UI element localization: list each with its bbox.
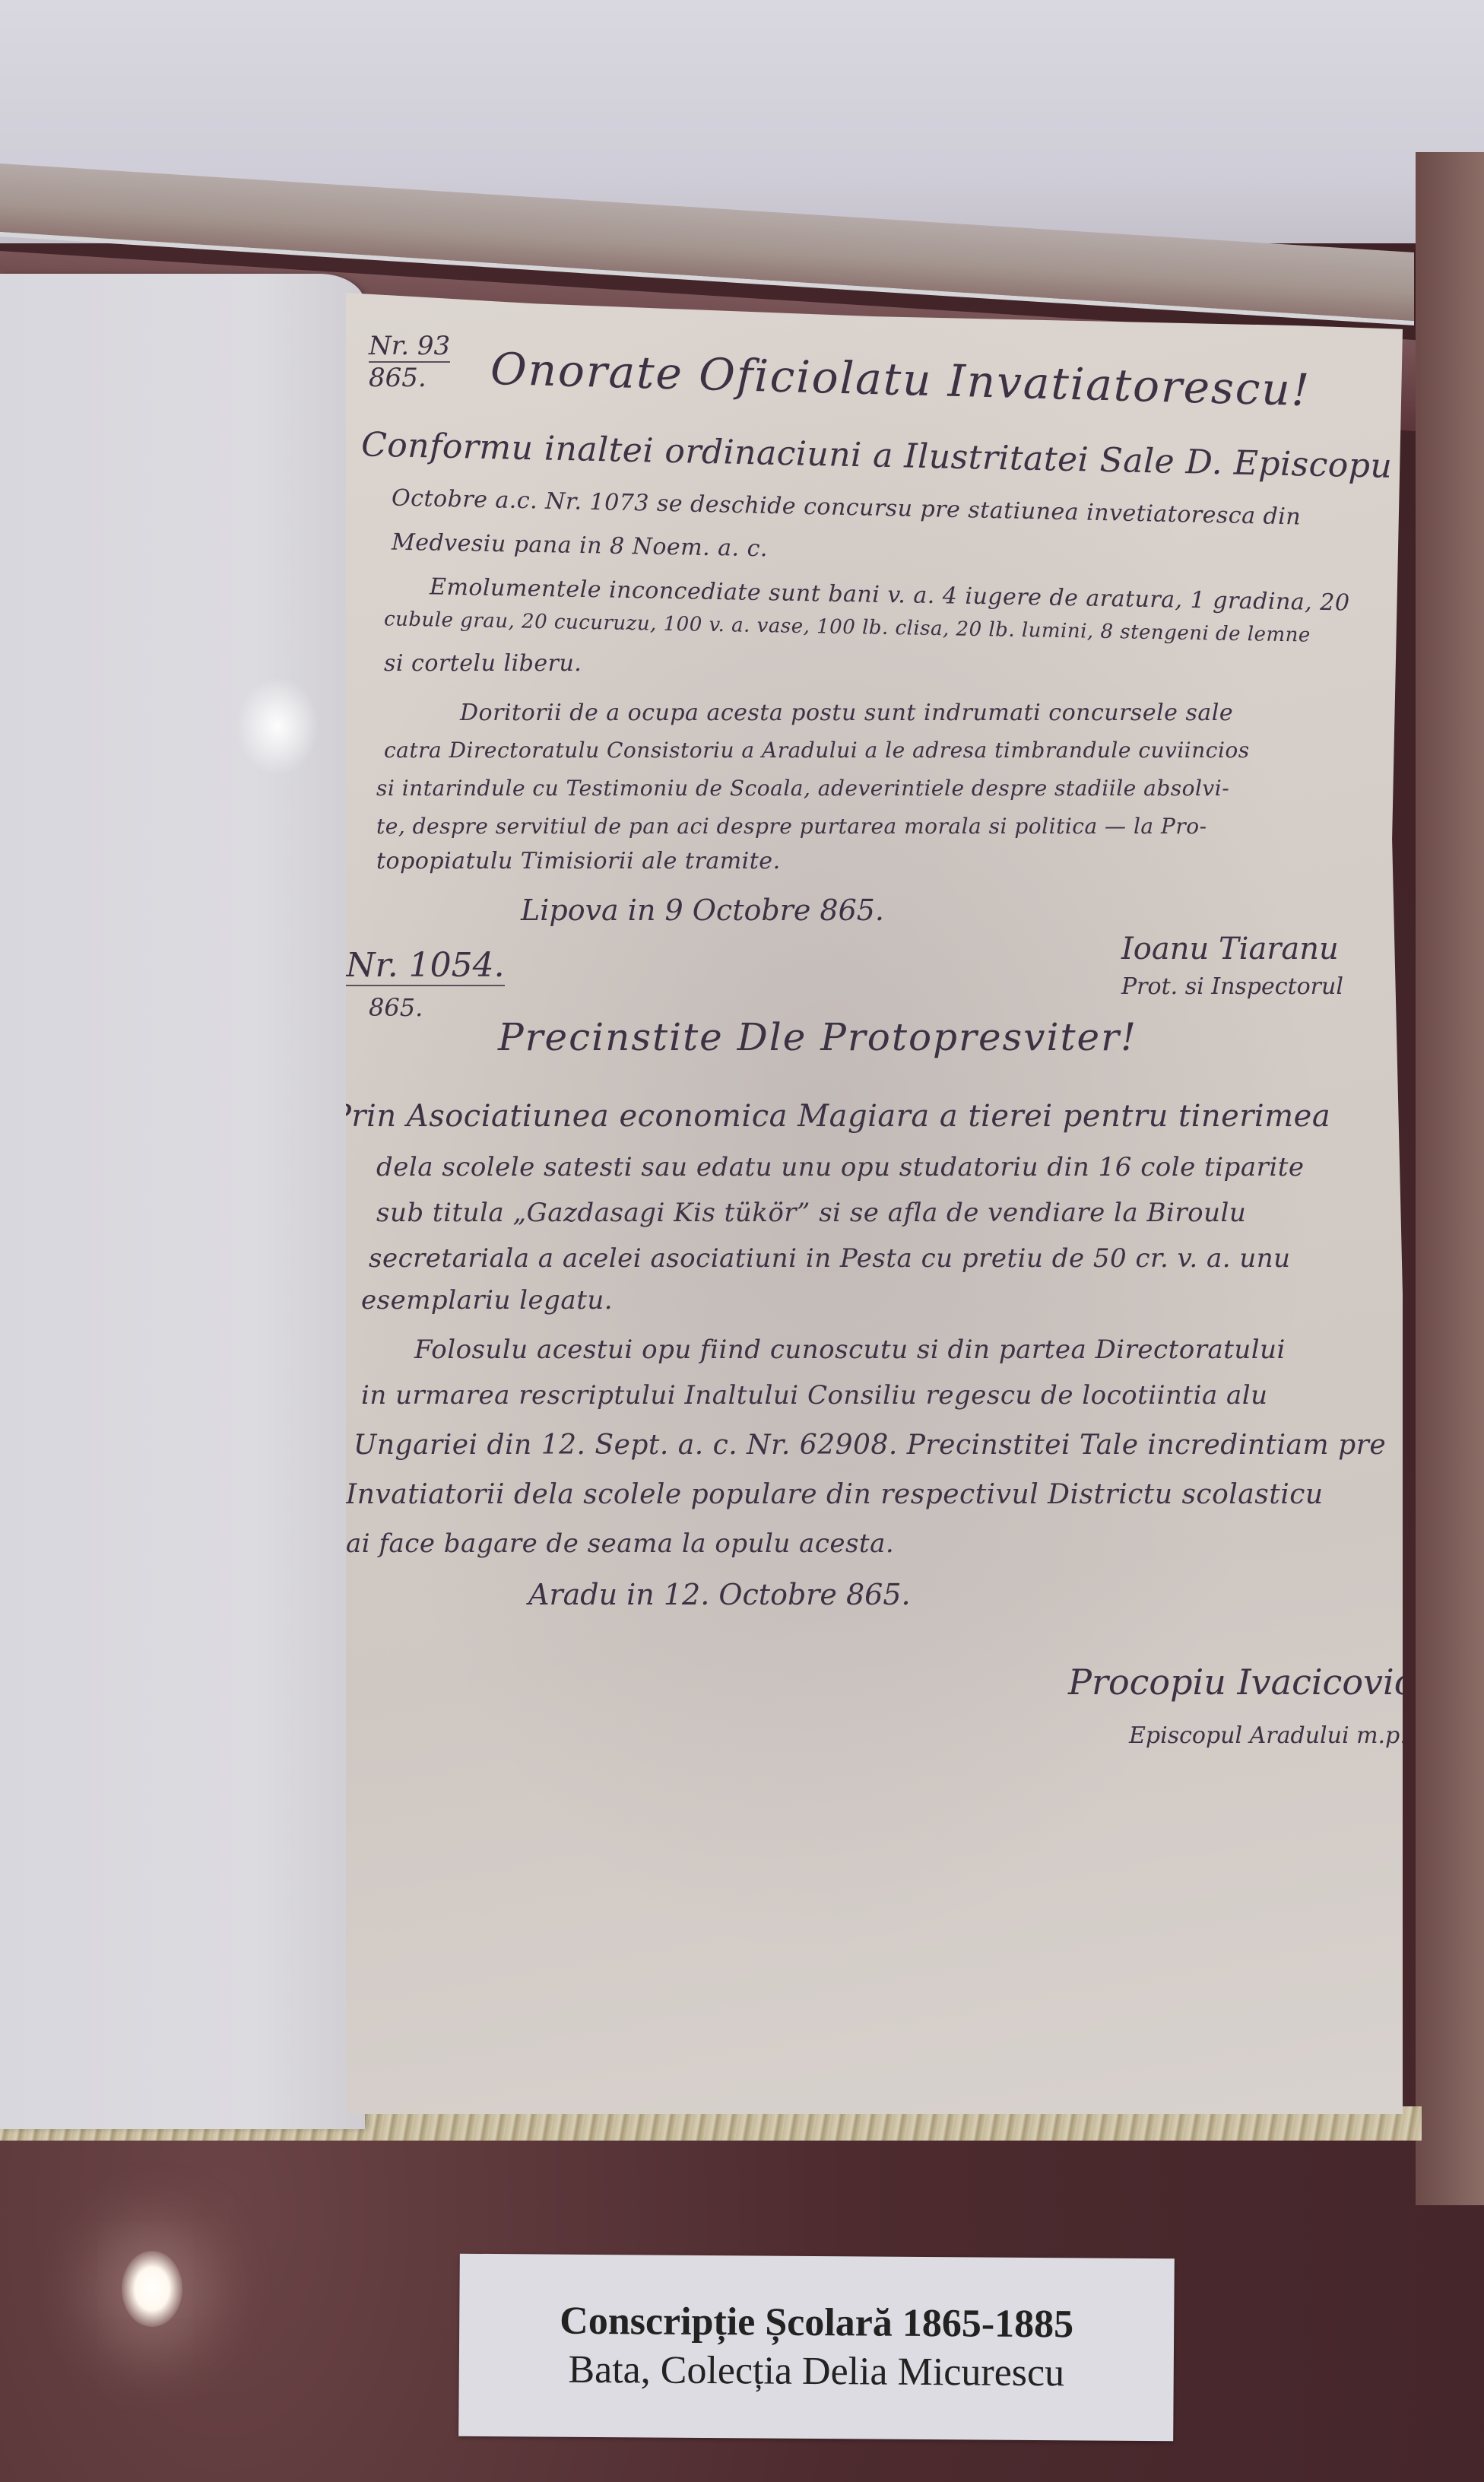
letter1-signature: Ioanu Tiaranu (1121, 932, 1339, 966)
letter2-line: Invatiatorii dela scolele populare din r… (346, 1479, 1324, 1510)
letter1-signature-title: Prot. si Inspectorul (1121, 973, 1343, 1000)
letter2-line: secretariala a acelei asociatiuni in Pes… (369, 1243, 1291, 1274)
letter2-line: ai face bagare de seama la opulu acesta. (346, 1528, 894, 1559)
letter2-line: in urmarea rescriptului Inaltului Consil… (361, 1380, 1268, 1411)
handwritten-document-page: Nr. 93 865. Onorate Oficiolatu Invatiato… (346, 293, 1403, 2114)
letter1-line: Conformu inaltei ordinaciuni a Ilustrita… (361, 425, 1484, 487)
letter2-line: sub titula „Gazdasagi Kis tükör” si se a… (376, 1198, 1246, 1228)
display-case-light-reflection (122, 2251, 182, 2327)
letter1-line: si intarindule cu Testimoniu de Scoala, … (376, 776, 1229, 801)
caption-subtitle: Bata, Colecția Delia Micurescu (568, 2346, 1064, 2398)
letter1-line: Emolumentele inconcediate sunt bani v. a… (430, 573, 1350, 616)
exhibit-caption-label: Conscripție Școlară 1865-1885 Bata, Cole… (458, 2254, 1175, 2442)
letter1-ref-year: 865. (369, 363, 426, 393)
letter2-line: Folosulu acestui opu fiind cunoscutu si … (414, 1335, 1286, 1365)
letter2-line: Ungariei din 12. Sept. a. c. Nr. 62908. … (354, 1430, 1386, 1461)
letter1-salutation: Onorate Oficiolatu Invatiatorescu! (490, 343, 1311, 416)
caption-title: Conscripție Școlară 1865-1885 (560, 2297, 1073, 2350)
letter2-line: esemplariu legatu. (361, 1285, 613, 1316)
letter1-line: Octobre a.c. Nr. 1073 se deschide concur… (392, 484, 1302, 530)
light-glare (236, 677, 319, 776)
letter1-line: catra Directoratulu Consistoriu a Aradul… (384, 738, 1250, 763)
letter1-line: cubule grau, 20 cucuruzu, 100 v. a. vase… (384, 608, 1311, 646)
letter2-ref-number: Nr. 1054. (346, 947, 505, 986)
letter2-line: dela scolele satesti sau edatu unu opu s… (376, 1152, 1305, 1182)
letter2-salutation: Precinstite Dle Protopresviter! (498, 1015, 1137, 1059)
letter2-line: Prin Asociatiunea economica Magiara a ti… (331, 1099, 1330, 1134)
letter1-reference: Nr. 93 865. (369, 331, 450, 393)
letter2-signature-title: Episcopul Aradului m.p. (1129, 1722, 1407, 1749)
letter1-line: topopiatulu Timisiorii ale tramite. (376, 848, 781, 874)
letter2-dateline: Aradu in 12. Octobre 865. (528, 1578, 911, 1611)
letter2-reference: Nr. 1054. 865. (346, 947, 505, 1027)
letter1-dateline: Lipova in 9 Octobre 865. (521, 893, 884, 927)
letter1-line: si cortelu liberu. (384, 650, 582, 677)
blank-left-page (0, 274, 365, 2129)
display-case-side-frame (1416, 152, 1484, 2205)
letter1-line: Medvesiu pana in 8 Noem. a. c. (392, 529, 769, 563)
letter1-ref-number: Nr. 93 (369, 331, 450, 363)
letter1-line: te, despre servitiul de pan aci despre p… (376, 814, 1207, 839)
letter2-signature: Procopiu Ivacicovici (1068, 1662, 1425, 1703)
letter2-ref-year: 865. (346, 993, 423, 1022)
letter1-line: Doritorii de a ocupa acesta postu sunt i… (460, 700, 1233, 726)
